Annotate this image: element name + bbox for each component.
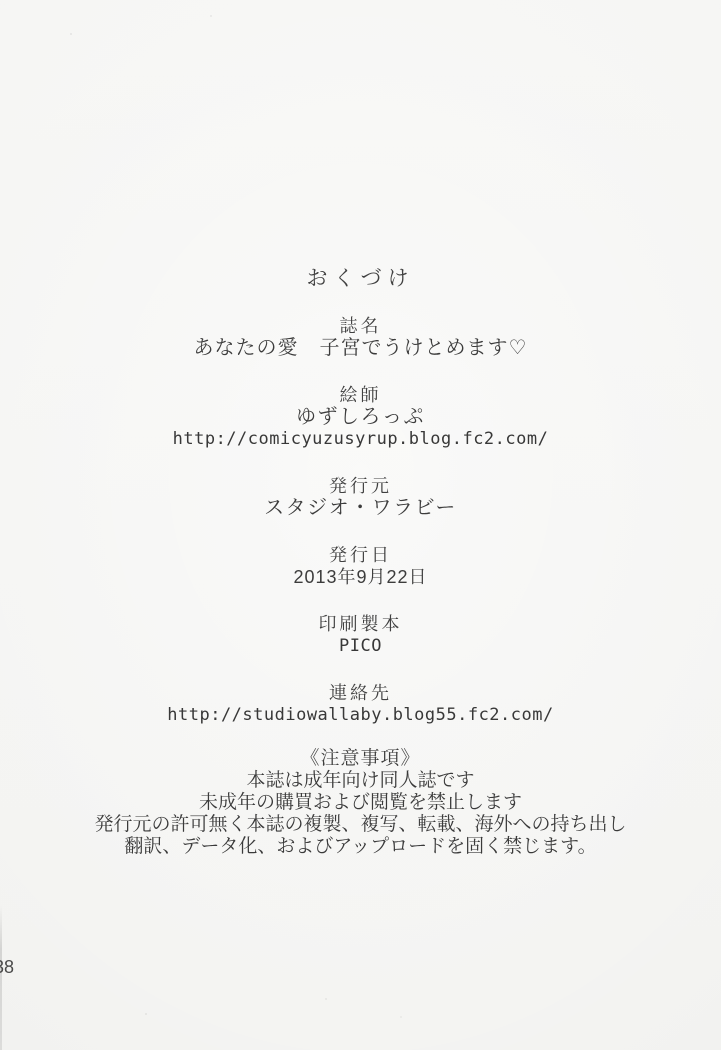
section-artist: 絵師 ゆずしろっぷ http://comicyuzusyrup.blog.fc2… [0,384,721,450]
publisher-name: スタジオ・ワラビー [0,497,721,519]
notice-line-2: 未成年の購買および閲覧を禁止します [0,792,721,814]
colophon-heading: おくづけ [0,266,721,290]
section-shimei: 誌名 あなたの愛 子宮でうけとめます♡ [0,315,721,359]
section-label-publisher: 発行元 [0,475,721,497]
artist-name: ゆずしろっぷ [0,406,721,428]
section-label-publish-date: 発行日 [0,544,721,566]
notice-heading: 《注意事項》 [0,748,721,770]
doujin-title: あなたの愛 子宮でうけとめます♡ [0,337,721,359]
page-number: 38 [0,957,14,978]
scanned-colophon-page: おくづけ 誌名 あなたの愛 子宮でうけとめます♡ 絵師 ゆずしろっぷ http:… [0,0,721,1050]
contact-url: http://studiowallaby.blog55.fc2.com/ [0,704,721,726]
section-label-printer: 印刷製本 [0,613,721,635]
publish-date: 2013年9月22日 [0,566,721,588]
notice-line-4: 翻訳、データ化、およびアップロードを固く禁じます。 [0,836,721,858]
artist-url: http://comicyuzusyrup.blog.fc2.com/ [0,428,721,450]
colophon: おくづけ 誌名 あなたの愛 子宮でうけとめます♡ 絵師 ゆずしろっぷ http:… [0,266,721,858]
section-contact: 連絡先 http://studiowallaby.blog55.fc2.com/ [0,682,721,726]
notice-section: 《注意事項》 本誌は成年向け同人誌です 未成年の購買および閲覧を禁止します 発行… [0,748,721,858]
section-publisher: 発行元 スタジオ・ワラビー [0,475,721,519]
section-label-title: 誌名 [0,315,721,337]
printer-name: PICO [0,635,721,657]
section-publish-date: 発行日 2013年9月22日 [0,544,721,588]
notice-line-1: 本誌は成年向け同人誌です [0,770,721,792]
notice-line-3: 発行元の許可無く本誌の複製、複写、転載、海外への持ち出し [0,814,721,836]
section-label-contact: 連絡先 [0,682,721,704]
section-printer: 印刷製本 PICO [0,613,721,657]
section-label-artist: 絵師 [0,384,721,406]
